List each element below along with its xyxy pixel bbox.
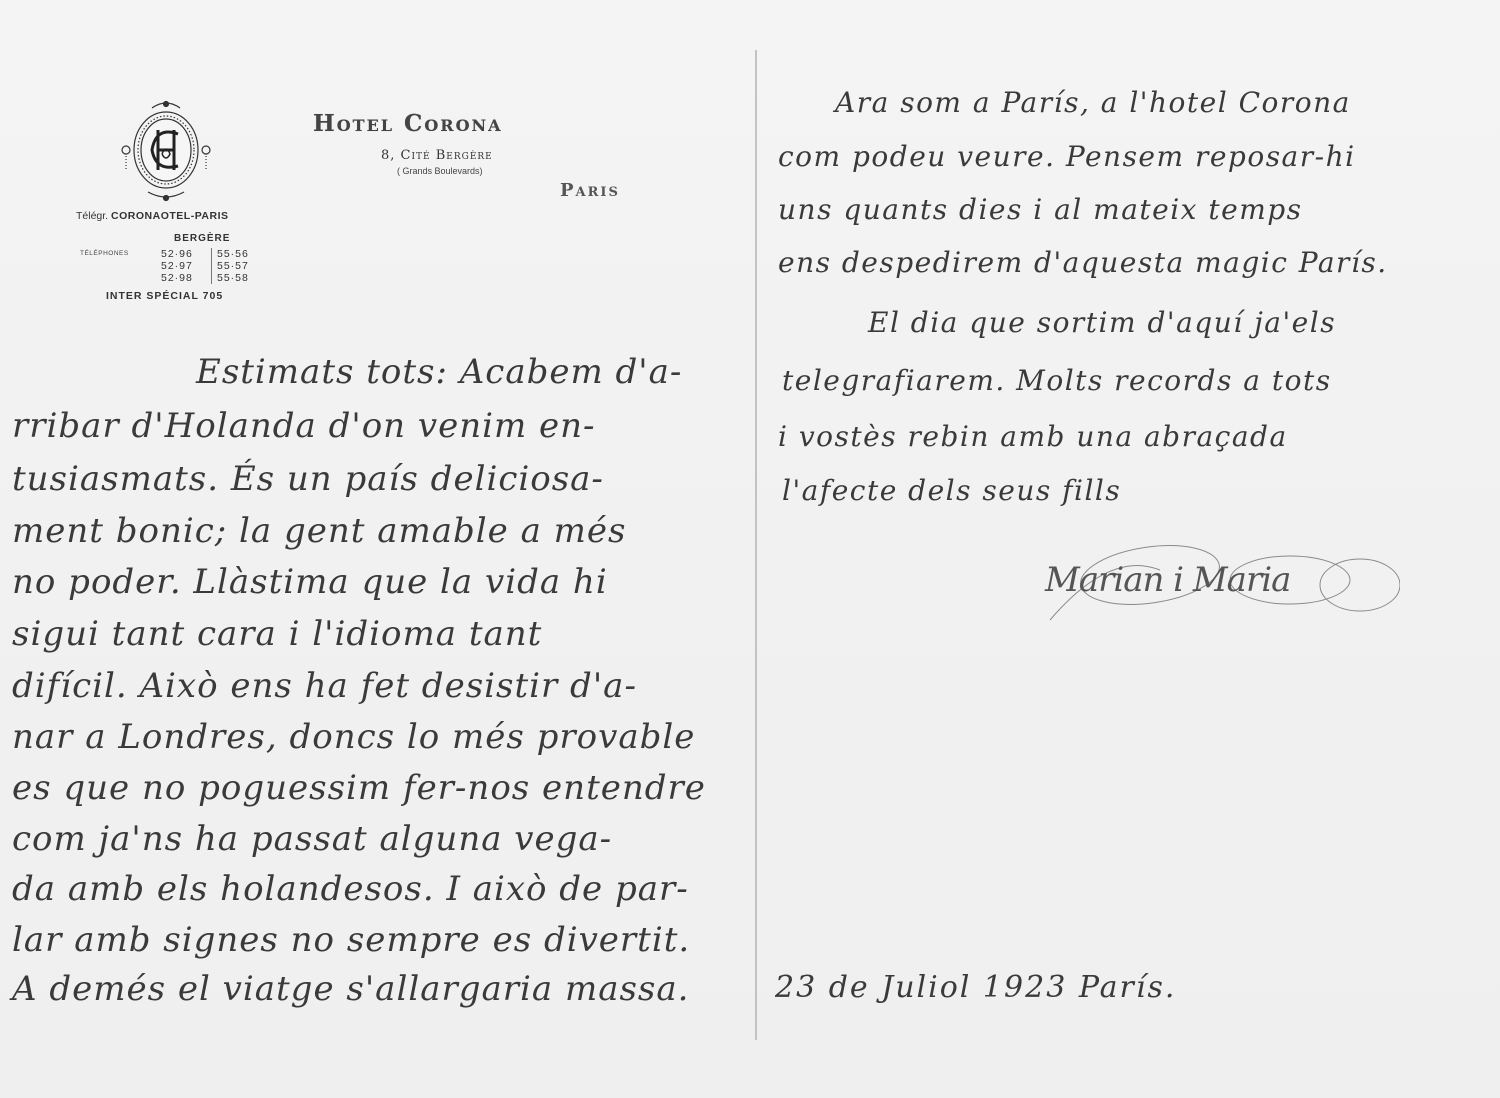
handwritten-line: i vostès rebin amb una abraçada	[778, 420, 1288, 453]
telephone-exchange: BERGÈRE	[174, 233, 230, 244]
handwritten-line: es que no poguessim fer-nos entendre	[12, 768, 706, 808]
letter-page: Hotel Corona 8, Cité Bergère ( Grands Bo…	[0, 0, 1500, 1098]
letter-date: 23 de Juliol 1923 París.	[775, 970, 1176, 1005]
hotel-name: Hotel Corona	[313, 110, 503, 137]
handwritten-line: sigui tant cara i l'idioma tant	[12, 614, 542, 654]
telephone-number: 52·96	[161, 248, 193, 260]
handwritten-line: nar a Londres, doncs lo més provable	[12, 717, 695, 757]
handwritten-line: lar amb signes no sempre es divertit.	[12, 920, 690, 960]
signature: Marian i Maria	[1045, 560, 1290, 600]
telephone-number: 55·56	[217, 248, 249, 260]
telegram-line: Télégr. CORONAOTEL-PARIS	[76, 210, 229, 222]
telegram-address: CORONAOTEL-PARIS	[111, 210, 228, 222]
telephones-label: TÉLÉPHONES	[80, 250, 129, 257]
handwritten-line: ens despedirem d'aquesta magic París.	[778, 246, 1388, 279]
telephone-column-2: 55·56 55·57 55·58	[211, 248, 249, 284]
handwritten-line: uns quants dies i al mateix temps	[778, 193, 1303, 226]
telephone-number: 52·97	[161, 260, 193, 272]
hotel-address: 8, Cité Bergère	[381, 148, 493, 163]
handwritten-line: tusiasmats. És un país deliciosa-	[12, 459, 604, 499]
handwritten-line: no poder. Llàstima que la vida hi	[12, 562, 608, 602]
handwritten-line: A demés el viatge s'allargaria massa.	[12, 969, 689, 1009]
handwritten-line: telegrafiarem. Molts records a tots	[782, 364, 1332, 397]
handwritten-line: difícil. Això ens ha fet desistir d'a-	[12, 666, 637, 706]
hotel-city: Paris	[560, 180, 620, 201]
handwritten-line: Estimats tots: Acabem d'a-	[196, 352, 682, 392]
handwritten-line: rribar d'Holanda d'on venim en-	[12, 406, 596, 446]
telephone-number: 55·57	[217, 260, 249, 272]
telephone-number: 52·98	[161, 272, 193, 284]
handwritten-line: com ja'ns ha passat alguna vega-	[12, 819, 612, 859]
handwritten-line: ment bonic; la gent amable a més	[12, 511, 626, 551]
hotel-district: ( Grands Boulevards)	[397, 166, 483, 176]
handwritten-line: Ara som a París, a l'hotel Corona	[835, 86, 1351, 119]
inter-special-line: INTER SPÉCIAL 705	[106, 290, 223, 302]
telephone-number: 55·58	[217, 272, 249, 284]
hotel-corona-monogram-icon	[112, 94, 220, 202]
fold-line	[755, 50, 757, 1040]
handwritten-line: l'afecte dels seus fills	[782, 474, 1121, 507]
handwritten-line: da amb els holandesos. I això de par-	[12, 869, 689, 909]
telegram-label: Télégr.	[76, 210, 108, 222]
handwritten-line: El dia que sortim d'aquí ja'els	[868, 306, 1336, 339]
handwritten-line: com podeu veure. Pensem reposar-hi	[778, 140, 1356, 173]
telephone-column-1: 52·96 52·97 52·98	[161, 248, 193, 284]
